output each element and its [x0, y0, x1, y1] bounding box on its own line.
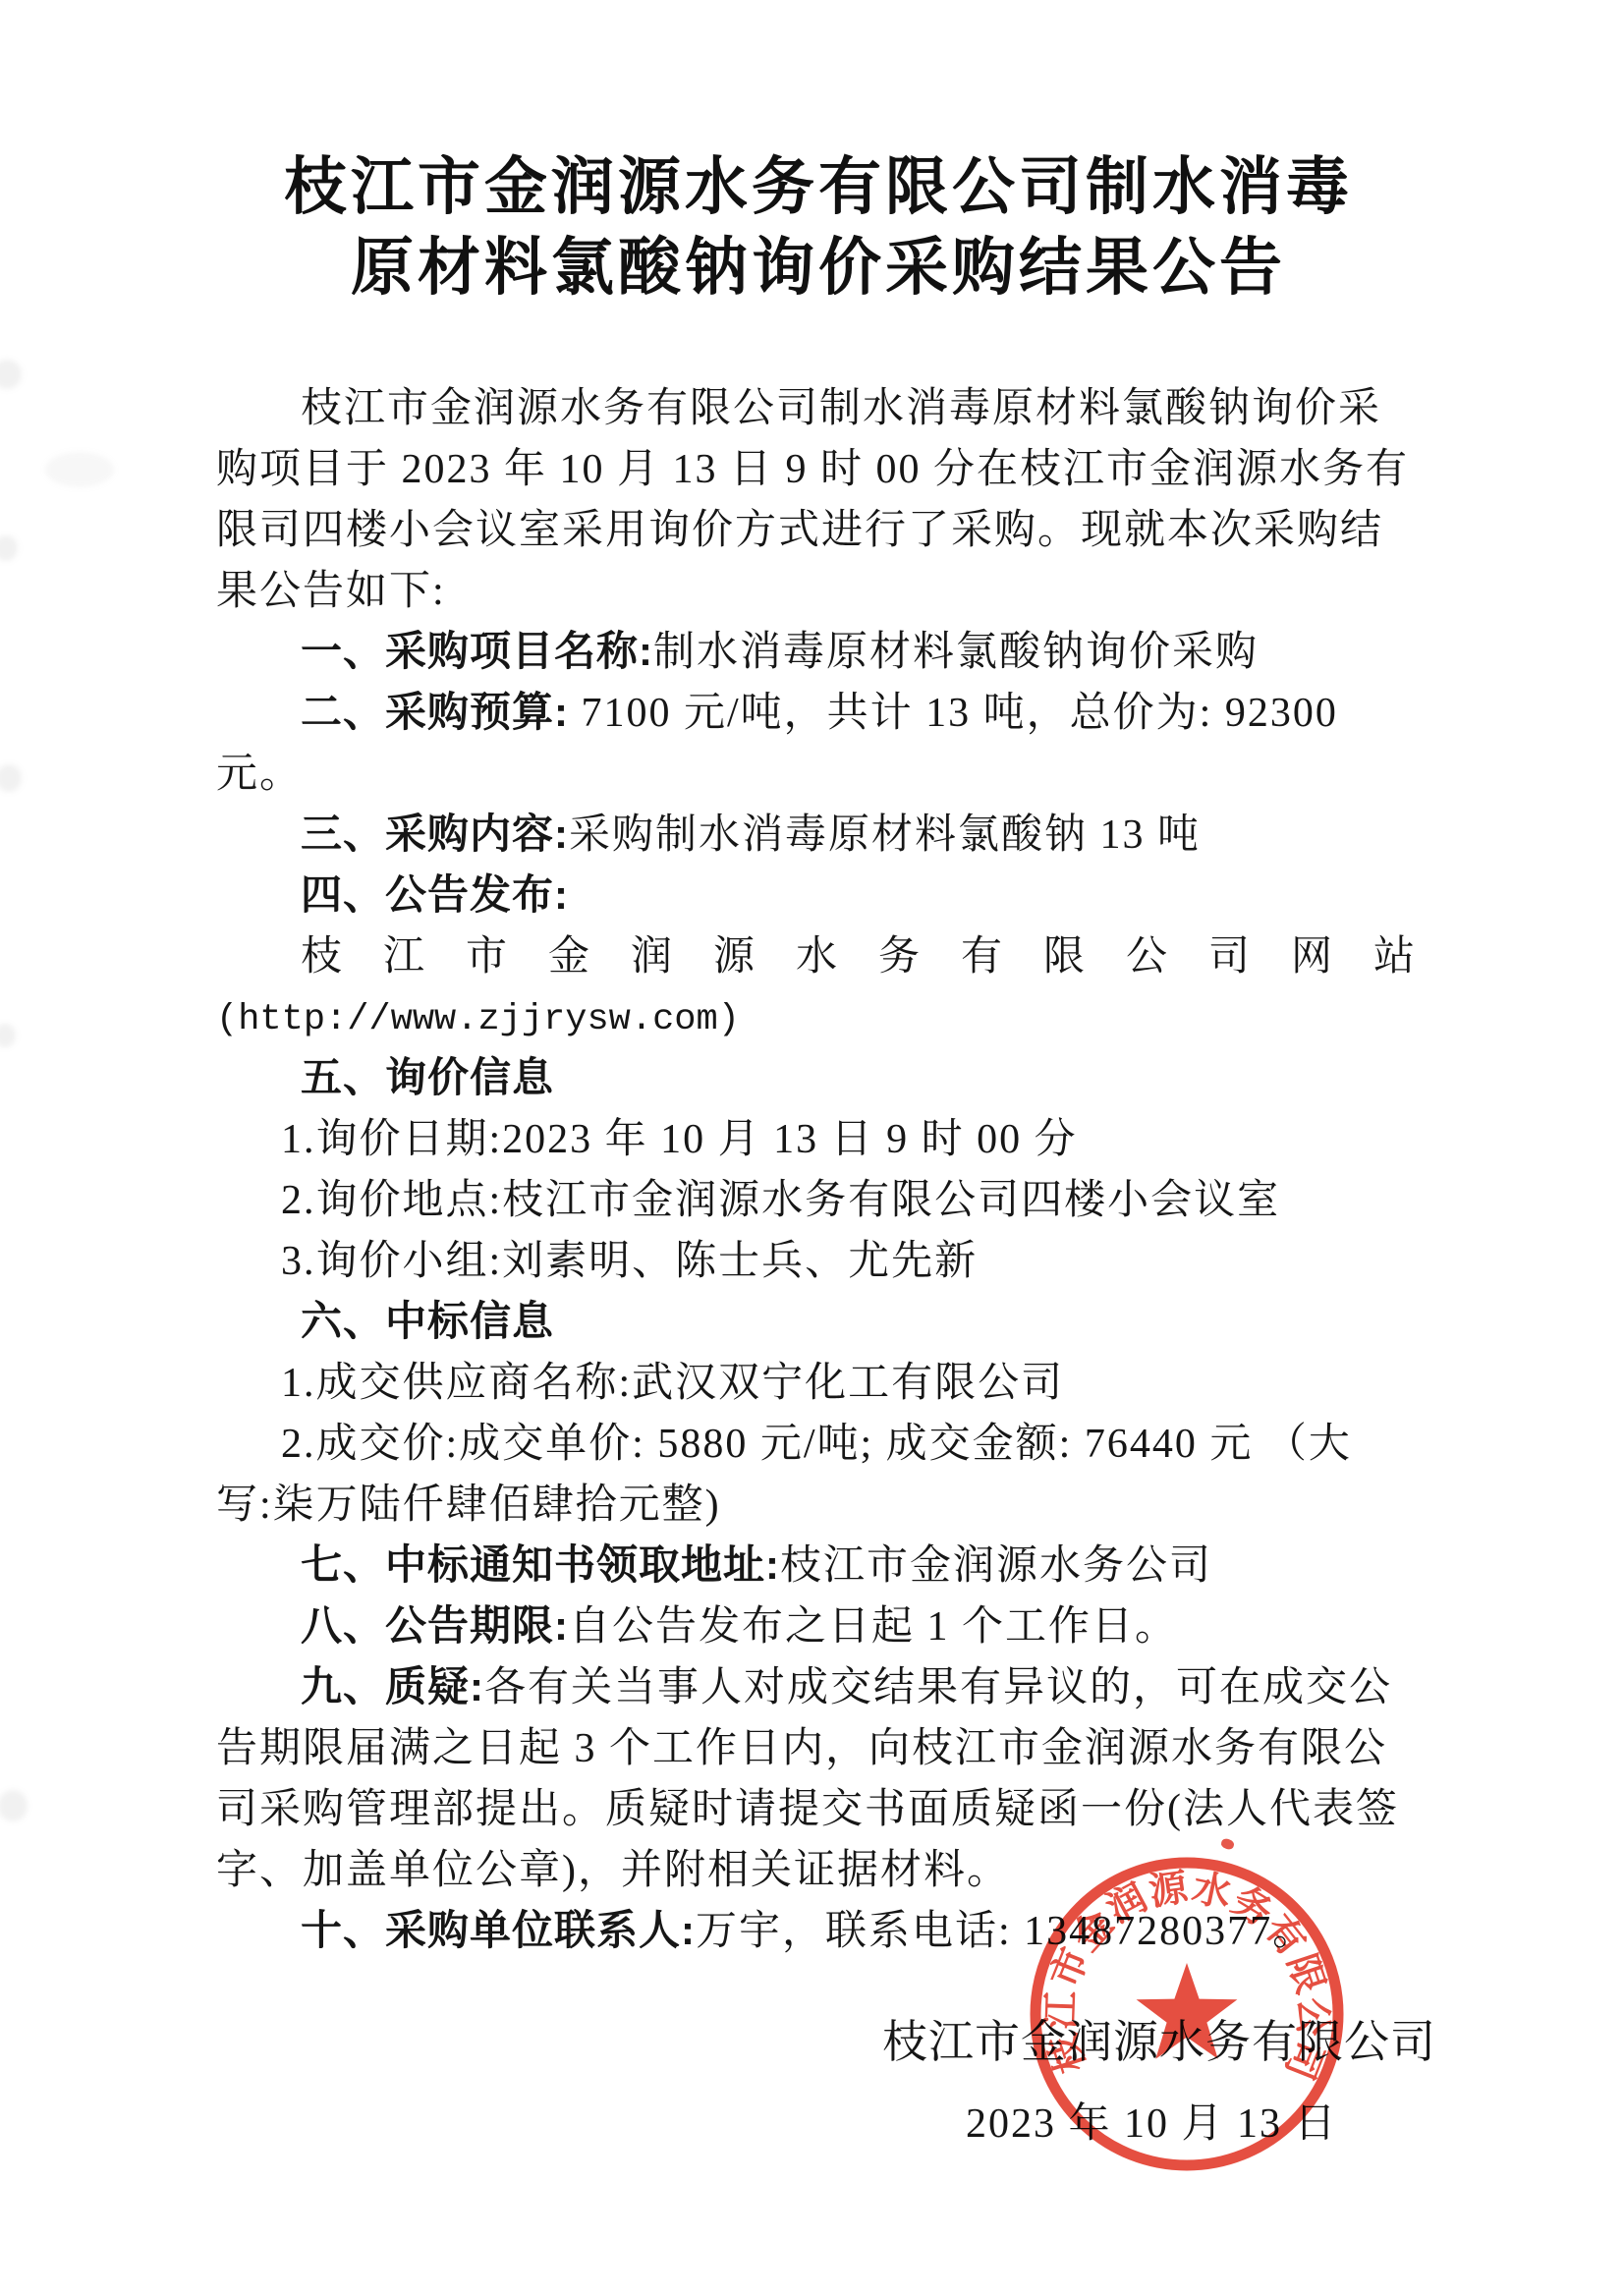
scan-smudge	[0, 535, 18, 561]
title-line-1: 枝江市金润源水务有限公司制水消毒	[216, 147, 1421, 228]
body-line: 1.成交供应商名称:武汉双宁化工有限公司	[216, 1352, 1421, 1413]
body-line: 司采购管理部提出。质疑时请提交书面质疑函一份(法人代表签	[216, 1778, 1421, 1839]
line-text: 枝江市金润源水务有限公司网站	[301, 934, 1456, 980]
line-text: 2.询价地点:枝江市金润源水务有限公司四楼小会议室	[281, 1178, 1280, 1223]
document-title: 枝江市金润源水务有限公司制水消毒 原材料氯酸钠询价采购结果公告	[216, 147, 1421, 308]
scan-smudge	[0, 360, 22, 389]
body-line-url: (http://www.zjjrysw.com)	[216, 986, 1421, 1047]
seal-star-icon	[1137, 1963, 1238, 2059]
line-text: 字、加盖单位公章)，并附相关证据材料。	[216, 1848, 1010, 1893]
line-text: 司采购管理部提出。质疑时请提交书面质疑函一份(法人代表签	[216, 1787, 1399, 1832]
line-text: 告期限届满之日起 3 个工作日内，向枝江市金润源水务有限公	[216, 1726, 1387, 1771]
body-line-website: 枝江市金润源水务有限公司网站	[216, 925, 1421, 986]
line-text: 枝江市金润源水务有限公司制水消毒原材料氯酸钠询价采	[301, 386, 1381, 431]
line-text: 购项目于 2023 年 10 月 13 日 9 时 00 分在枝江市金润源水务有	[216, 447, 1409, 492]
line-text: 1.询价日期:2023 年 10 月 13 日 9 时 00 分	[281, 1117, 1078, 1162]
section-label: 三、采购内容:	[301, 811, 569, 857]
title-line-2: 原材料氯酸钠询价采购结果公告	[216, 228, 1421, 308]
line-text: 元。	[216, 752, 303, 797]
body-line: 一、采购项目名称:制水消毒原材料氯酸钠询价采购	[216, 621, 1421, 682]
body-line: 2.成交价:成交单价: 5880 元/吨; 成交金额: 76440 元 （大	[216, 1413, 1421, 1474]
body-line: 购项目于 2023 年 10 月 13 日 9 时 00 分在枝江市金润源水务有	[216, 438, 1421, 499]
section-label: 四、公告发布:	[301, 871, 569, 918]
body-line: 四、公告发布:	[216, 865, 1421, 925]
body-line: 枝江市金润源水务有限公司制水消毒原材料氯酸钠询价采	[216, 377, 1421, 438]
line-text: 自公告发布之日起 1 个工作日。	[569, 1604, 1178, 1650]
line-text: 2.成交价:成交单价: 5880 元/吨; 成交金额: 76440 元 （大	[281, 1422, 1352, 1467]
body-line: 八、公告期限:自公告发布之日起 1 个工作日。	[216, 1595, 1421, 1656]
body-line: 九、质疑:各有关当事人对成交结果有异议的，可在成交公	[216, 1656, 1421, 1717]
document-page: 枝江市金润源水务有限公司制水消毒 原材料氯酸钠询价采购结果公告 枝江市金润源水务…	[0, 0, 1624, 2295]
scan-smudge	[0, 1024, 16, 1047]
line-text: 7100 元/吨，共计 13 吨，总价为: 92300	[569, 691, 1338, 736]
body-line: 写:柒万陆仟肆佰肆拾元整)	[216, 1474, 1421, 1535]
body-line: 三、采购内容:采购制水消毒原材料氯酸钠 13 吨	[216, 804, 1421, 865]
line-text: (http://www.zjjrysw.com)	[216, 999, 740, 1040]
section-label: 九、质疑:	[301, 1663, 484, 1709]
line-text: 采购制水消毒原材料氯酸钠 13 吨	[569, 812, 1201, 858]
section-label: 二、采购预算:	[301, 689, 569, 735]
body-line: 二、采购预算: 7100 元/吨，共计 13 吨，总价为: 92300	[216, 682, 1421, 743]
body-line: 限司四楼小会议室采用询价方式进行了采购。现就本次采购结	[216, 499, 1421, 560]
line-text: 1.成交供应商名称:武汉双宁化工有限公司	[281, 1361, 1064, 1406]
scan-smudge	[0, 1790, 28, 1821]
body-line: 3.询价小组:刘素明、陈士兵、尤先新	[216, 1230, 1421, 1291]
line-text: 限司四楼小会议室采用询价方式进行了采购。现就本次采购结	[216, 508, 1383, 553]
line-text: 果公告如下:	[216, 569, 446, 614]
body-line: 告期限届满之日起 3 个工作日内，向枝江市金润源水务有限公	[216, 1717, 1421, 1778]
line-text: 枝江市金润源水务公司	[780, 1543, 1212, 1589]
body-line: 1.询价日期:2023 年 10 月 13 日 9 时 00 分	[216, 1108, 1421, 1169]
line-text: 各有关当事人对成交结果有异议的，可在成交公	[484, 1665, 1392, 1710]
section-label: 十、采购单位联系人:	[301, 1907, 696, 1953]
body-line: 2.询价地点:枝江市金润源水务有限公司四楼小会议室	[216, 1169, 1421, 1230]
line-text: 制水消毒原材料氯酸钠询价采购	[653, 630, 1259, 675]
section-label: 七、中标通知书领取地址:	[301, 1541, 780, 1588]
section-label: 六、中标信息	[301, 1298, 554, 1344]
document-body: 枝江市金润源水务有限公司制水消毒原材料氯酸钠询价采 购项目于 2023 年 10…	[216, 377, 1421, 1961]
body-line: 七、中标通知书领取地址:枝江市金润源水务公司	[216, 1535, 1421, 1595]
scan-smudge	[45, 452, 114, 487]
section-label: 五、询价信息	[301, 1054, 554, 1100]
section-label: 八、公告期限:	[301, 1602, 569, 1649]
company-seal: 枝江市金润源水务有限公司	[1020, 1847, 1354, 2181]
line-text: 3.询价小组:刘素明、陈士兵、尤先新	[281, 1239, 978, 1284]
scan-smudge	[0, 764, 22, 792]
line-text: 写:柒万陆仟肆佰肆拾元整)	[216, 1483, 721, 1528]
body-line: 果公告如下:	[216, 560, 1421, 621]
body-line: 六、中标信息	[216, 1291, 1421, 1352]
section-label: 一、采购项目名称:	[301, 628, 653, 674]
body-line: 五、询价信息	[216, 1047, 1421, 1108]
body-line: 元。	[216, 743, 1421, 804]
